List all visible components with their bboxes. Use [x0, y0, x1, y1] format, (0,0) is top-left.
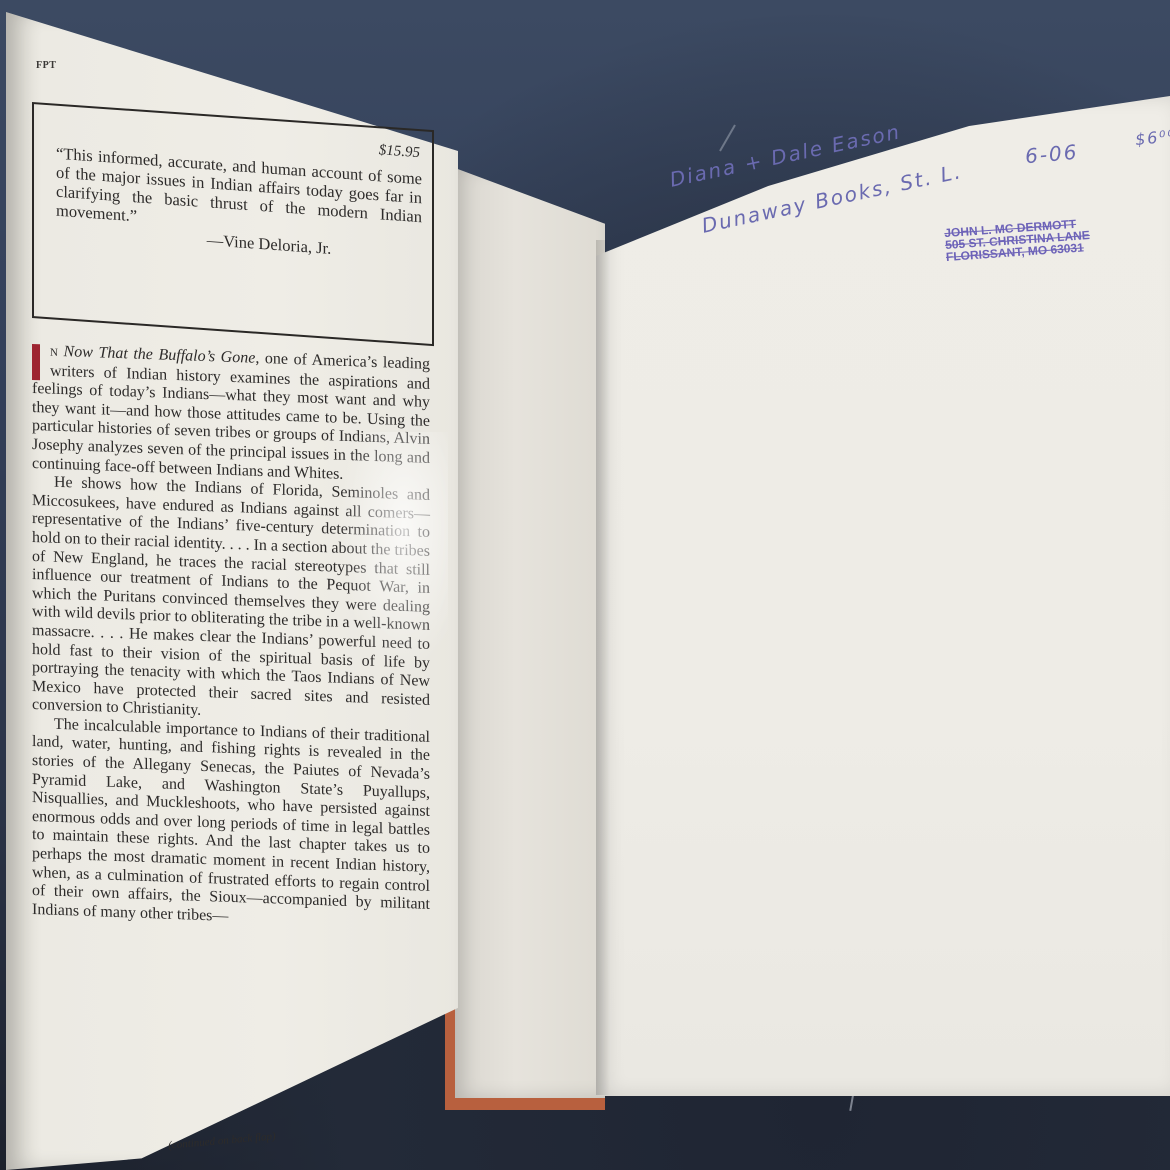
- blurb-quote: “This informed, accurate, and human acco…: [56, 144, 422, 265]
- gutter-shadow: [596, 240, 610, 1095]
- flap-description: N Now That the Buffalo’s Gone, one of Am…: [32, 342, 430, 933]
- paragraph-1-text: , one of America’s leading writers of In…: [32, 350, 430, 483]
- red-dropcap-bar: [32, 344, 40, 380]
- blurb-quote-box: $15.95 “This informed, accurate, and hum…: [32, 102, 434, 346]
- dropcap-letter: N: [50, 347, 58, 359]
- handwritten-date: 6-06: [1024, 140, 1079, 169]
- quote-text: “This informed, accurate, and human acco…: [56, 144, 422, 227]
- paragraph-3: The incalculable importance to Indians o…: [32, 715, 430, 933]
- quote-attribution: —Vine Deloria, Jr.: [56, 220, 422, 265]
- left-endpaper: [455, 168, 605, 1098]
- handwritten-price: $6⁰⁰: [1134, 126, 1170, 149]
- paragraph-1: N Now That the Buffalo’s Gone, one of Am…: [32, 342, 430, 487]
- paragraph-2: He shows how the Indians of Florida, Sem…: [32, 473, 430, 729]
- price-label: $15.95: [379, 142, 420, 162]
- continued-note: (continued on back flap): [168, 1130, 276, 1151]
- flap-code: FPT: [36, 60, 56, 71]
- flap-content: FPT $15.95 “This informed, accurate, and…: [18, 12, 448, 1170]
